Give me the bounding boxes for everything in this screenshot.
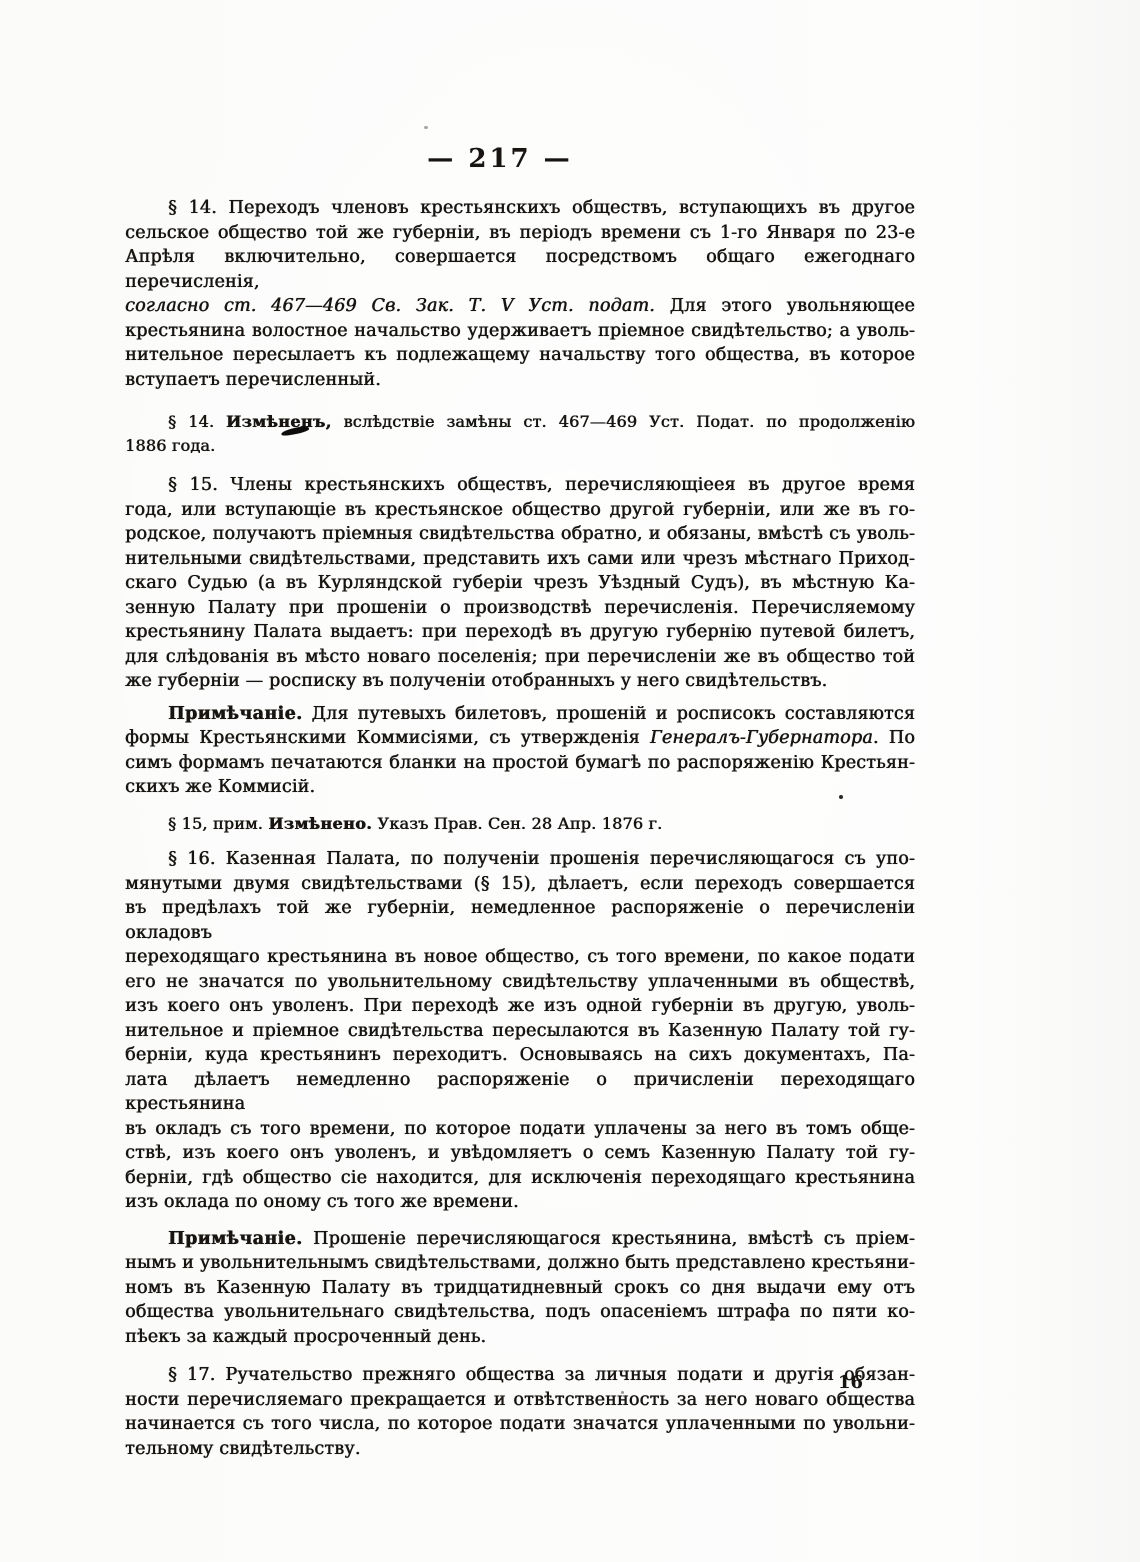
- text-line: изъ оклада по оному съ того же времени.: [125, 1190, 915, 1215]
- note-to-paragraph-15: § 15, прим. Измѣнено. Указъ Прав. Сен. 2…: [125, 812, 915, 836]
- text-line: общества увольнительнаго свидѣтельства, …: [125, 1300, 915, 1325]
- page-header: — 217 —: [125, 144, 915, 174]
- text-line: сельское общество той же губерніи, въ пе…: [125, 221, 915, 246]
- paragraph-14: § 14. Переходъ членовъ крестьянскихъ общ…: [125, 196, 915, 392]
- text-line: § 15. Члены крестьянскихъ обществъ, пере…: [125, 473, 915, 498]
- text-run: мянутыми двумя свидѣтельствами (§ 15), д…: [125, 874, 915, 894]
- text-run: лата дѣлаетъ немедленно распоряженіе о п…: [125, 1070, 915, 1115]
- text-line: § 16. Казенная Палата, по полученіи прош…: [125, 847, 915, 872]
- scan-speck: [424, 126, 428, 129]
- text-run: § 15, прим.: [168, 814, 268, 833]
- text-line: § 15, прим. Измѣнено. Указъ Прав. Сен. 2…: [125, 812, 915, 836]
- text-run: переходящаго крестьянина въ новое общест…: [125, 947, 915, 967]
- text-line: крестьянину Палата выдаетъ: при переходѣ…: [125, 620, 915, 645]
- text-run: въ предѣлахъ той же губерніи, немедленно…: [125, 898, 915, 943]
- text-line: Примѣчаніе. Прошеніе перечисляющагося кр…: [125, 1227, 915, 1252]
- text-run: берніи, куда крестьянинъ переходитъ. Осн…: [125, 1045, 915, 1065]
- text-run: изъ коего онъ уволенъ. При переходѣ же и…: [125, 996, 915, 1016]
- text-line: номъ въ Казенную Палату въ тридцатидневн…: [125, 1276, 915, 1301]
- text-run: ности перечисляемаго прекращается и отвѣ…: [125, 1390, 915, 1410]
- note-to-paragraph-14: § 14. Измѣненъ, вслѣдствіе замѣны ст. 46…: [125, 410, 915, 457]
- text-run: Прошеніе перечисляющагося крестьянина, в…: [302, 1229, 915, 1249]
- text-run: 1886 года.: [125, 436, 215, 455]
- text-run: симъ формамъ печатаются бланки на просто…: [125, 753, 915, 773]
- text-line: вступаетъ перечисленный.: [125, 368, 915, 393]
- text-run: § 14.: [168, 412, 226, 431]
- page-number: — 217 —: [427, 144, 572, 174]
- text-line: Примѣчаніе. Для путевыхъ билетовъ, проше…: [125, 702, 915, 727]
- paragraph-16: § 16. Казенная Палата, по полученіи прош…: [125, 847, 915, 1215]
- text-line: года, или вступающіе въ крестьянское общ…: [125, 498, 915, 523]
- text-run: родское, получаютъ пріемныя свидѣтельств…: [125, 524, 915, 544]
- paragraph-17: § 17. Ручательство прежняго общества за …: [125, 1363, 915, 1461]
- text-run: пѣекъ за каждый просроченный день.: [125, 1327, 486, 1347]
- text-run: § 14. Переходъ членовъ крестьянскихъ общ…: [168, 198, 915, 218]
- text-line: начинается съ того числа, по которое под…: [125, 1412, 915, 1437]
- text-run: тельному свидѣтельству.: [125, 1439, 360, 1459]
- text-run: ствѣ, изъ коего онъ уволенъ, и увѣдомляе…: [125, 1143, 915, 1163]
- text-run: сельское общество той же губерніи, въ пе…: [125, 223, 915, 243]
- text-line: симъ формамъ печатаются бланки на просто…: [125, 751, 915, 776]
- text-block: § 14. Переходъ членовъ крестьянскихъ общ…: [125, 196, 915, 1461]
- text-run: Указъ Прав. Сен. 28 Апр. 1876 г.: [372, 814, 662, 833]
- italic-text: согласно ст. 467—469 Св. Зак. Т. V Уст. …: [125, 296, 655, 316]
- text-run: же губерніи — росписку въ полученіи отоб…: [125, 671, 827, 691]
- signature-mark: 16: [838, 1372, 863, 1393]
- text-run: Апрѣля включительно, совершается посредс…: [125, 247, 915, 292]
- text-line: берніи, гдѣ общество сіе находится, для …: [125, 1166, 915, 1191]
- bold-text: Примѣчаніе.: [168, 1229, 302, 1249]
- text-run: зенную Палату при прошеніи о производств…: [125, 598, 915, 618]
- remark-after-15: Примѣчаніе. Для путевыхъ билетовъ, проше…: [125, 702, 915, 800]
- text-line: же губерніи — росписку въ полученіи отоб…: [125, 669, 915, 694]
- text-run: скихъ же Коммисій.: [125, 777, 315, 797]
- bold-text: Измѣнено.: [268, 814, 372, 833]
- text-line: § 17. Ручательство прежняго общества за …: [125, 1363, 915, 1388]
- text-run: крестьянина волостное начальство удержив…: [125, 321, 915, 341]
- text-line: согласно ст. 467—469 Св. Зак. Т. V Уст. …: [125, 294, 915, 319]
- text-line: переходящаго крестьянина въ новое общест…: [125, 945, 915, 970]
- text-line: скихъ же Коммисій.: [125, 775, 915, 800]
- text-line: тельному свидѣтельству.: [125, 1437, 915, 1462]
- text-line: крестьянина волостное начальство удержив…: [125, 319, 915, 344]
- text-run: его не значатся по увольнительному свидѣ…: [125, 972, 915, 992]
- text-line: формы Крестьянскими Коммисіями, съ утвер…: [125, 726, 915, 751]
- text-run: нымъ и увольнительнымъ свидѣтельствами, …: [125, 1253, 915, 1273]
- text-run: § 16. Казенная Палата, по полученіи прош…: [168, 849, 915, 869]
- text-line: въ предѣлахъ той же губерніи, немедленно…: [125, 896, 915, 945]
- text-line: его не значатся по увольнительному свидѣ…: [125, 970, 915, 995]
- paragraph-15: § 15. Члены крестьянскихъ обществъ, пере…: [125, 473, 915, 694]
- text-line: Апрѣля включительно, совершается посредс…: [125, 245, 915, 294]
- text-run: вступаетъ перечисленный.: [125, 370, 381, 390]
- text-line: берніи, куда крестьянинъ переходитъ. Осн…: [125, 1043, 915, 1068]
- text-run: въ окладъ съ того времени, по которое по…: [125, 1119, 915, 1139]
- text-run: § 17. Ручательство прежняго общества за …: [168, 1365, 915, 1385]
- text-line: для слѣдованія въ мѣсто новаго поселенія…: [125, 645, 915, 670]
- text-line: лата дѣлаетъ немедленно распоряженіе о п…: [125, 1068, 915, 1117]
- text-line: ности перечисляемаго прекращается и отвѣ…: [125, 1388, 915, 1413]
- bold-text: Измѣненъ,: [226, 412, 332, 431]
- text-line: родское, получаютъ пріемныя свидѣтельств…: [125, 522, 915, 547]
- text-line: зенную Палату при прошеніи о производств…: [125, 596, 915, 621]
- text-run: Для путевыхъ билетовъ, прошеній и роспис…: [302, 704, 915, 724]
- text-run: нительное пересылаетъ къ подлежащему нач…: [125, 345, 915, 365]
- text-line: нымъ и увольнительнымъ свидѣтельствами, …: [125, 1251, 915, 1276]
- text-run: формы Крестьянскими Коммисіями, съ утвер…: [125, 728, 650, 748]
- text-line: нительное и пріемное свидѣтельства перес…: [125, 1019, 915, 1044]
- text-line: 1886 года.: [125, 434, 915, 458]
- text-run: общества увольнительнаго свидѣтельства, …: [125, 1302, 915, 1322]
- text-line: скаго Судью (а въ Курляндской губеріи чр…: [125, 571, 915, 596]
- text-run: нительными свидѣтельствами, представить …: [125, 549, 915, 569]
- text-run: изъ оклада по оному съ того же времени.: [125, 1192, 519, 1212]
- text-line: изъ коего онъ уволенъ. При переходѣ же и…: [125, 994, 915, 1019]
- text-run: крестьянину Палата выдаетъ: при переходѣ…: [125, 622, 915, 642]
- text-line: ствѣ, изъ коего онъ уволенъ, и увѣдомляе…: [125, 1141, 915, 1166]
- text-line: § 14. Измѣненъ, вслѣдствіе замѣны ст. 46…: [125, 410, 915, 434]
- text-run: нительное и пріемное свидѣтельства перес…: [125, 1021, 915, 1041]
- text-line: § 14. Переходъ членовъ крестьянскихъ общ…: [125, 196, 915, 221]
- text-run: для слѣдованія въ мѣсто новаго поселенія…: [125, 647, 915, 667]
- text-run: Для этого увольняющее: [655, 296, 915, 316]
- text-run: скаго Судью (а въ Курляндской губеріи чр…: [125, 573, 915, 593]
- text-run: берніи, гдѣ общество сіе находится, для …: [125, 1168, 915, 1188]
- text-line: нительными свидѣтельствами, представить …: [125, 547, 915, 572]
- text-run: вслѣдствіе замѣны ст. 467—469 Уст. Подат…: [332, 412, 915, 431]
- scanned-book-page: — 217 — § 14. Переходъ членовъ крестьянс…: [0, 0, 1140, 1562]
- text-line: пѣекъ за каждый просроченный день.: [125, 1325, 915, 1350]
- bold-text: Примѣчаніе.: [168, 704, 302, 724]
- text-line: нительное пересылаетъ къ подлежащему нач…: [125, 343, 915, 368]
- text-run: года, или вступающіе въ крестьянское общ…: [125, 500, 915, 520]
- text-run: . По: [873, 728, 915, 748]
- text-run: § 15. Члены крестьянскихъ обществъ, пере…: [168, 475, 915, 495]
- remark-after-16: Примѣчаніе. Прошеніе перечисляющагося кр…: [125, 1227, 915, 1350]
- text-run: начинается съ того числа, по которое под…: [125, 1414, 915, 1434]
- italic-text: Генералъ-Губернатора: [650, 728, 873, 748]
- text-line: въ окладъ съ того времени, по которое по…: [125, 1117, 915, 1142]
- text-run: номъ въ Казенную Палату въ тридцатидневн…: [125, 1278, 915, 1298]
- text-line: мянутыми двумя свидѣтельствами (§ 15), д…: [125, 872, 915, 897]
